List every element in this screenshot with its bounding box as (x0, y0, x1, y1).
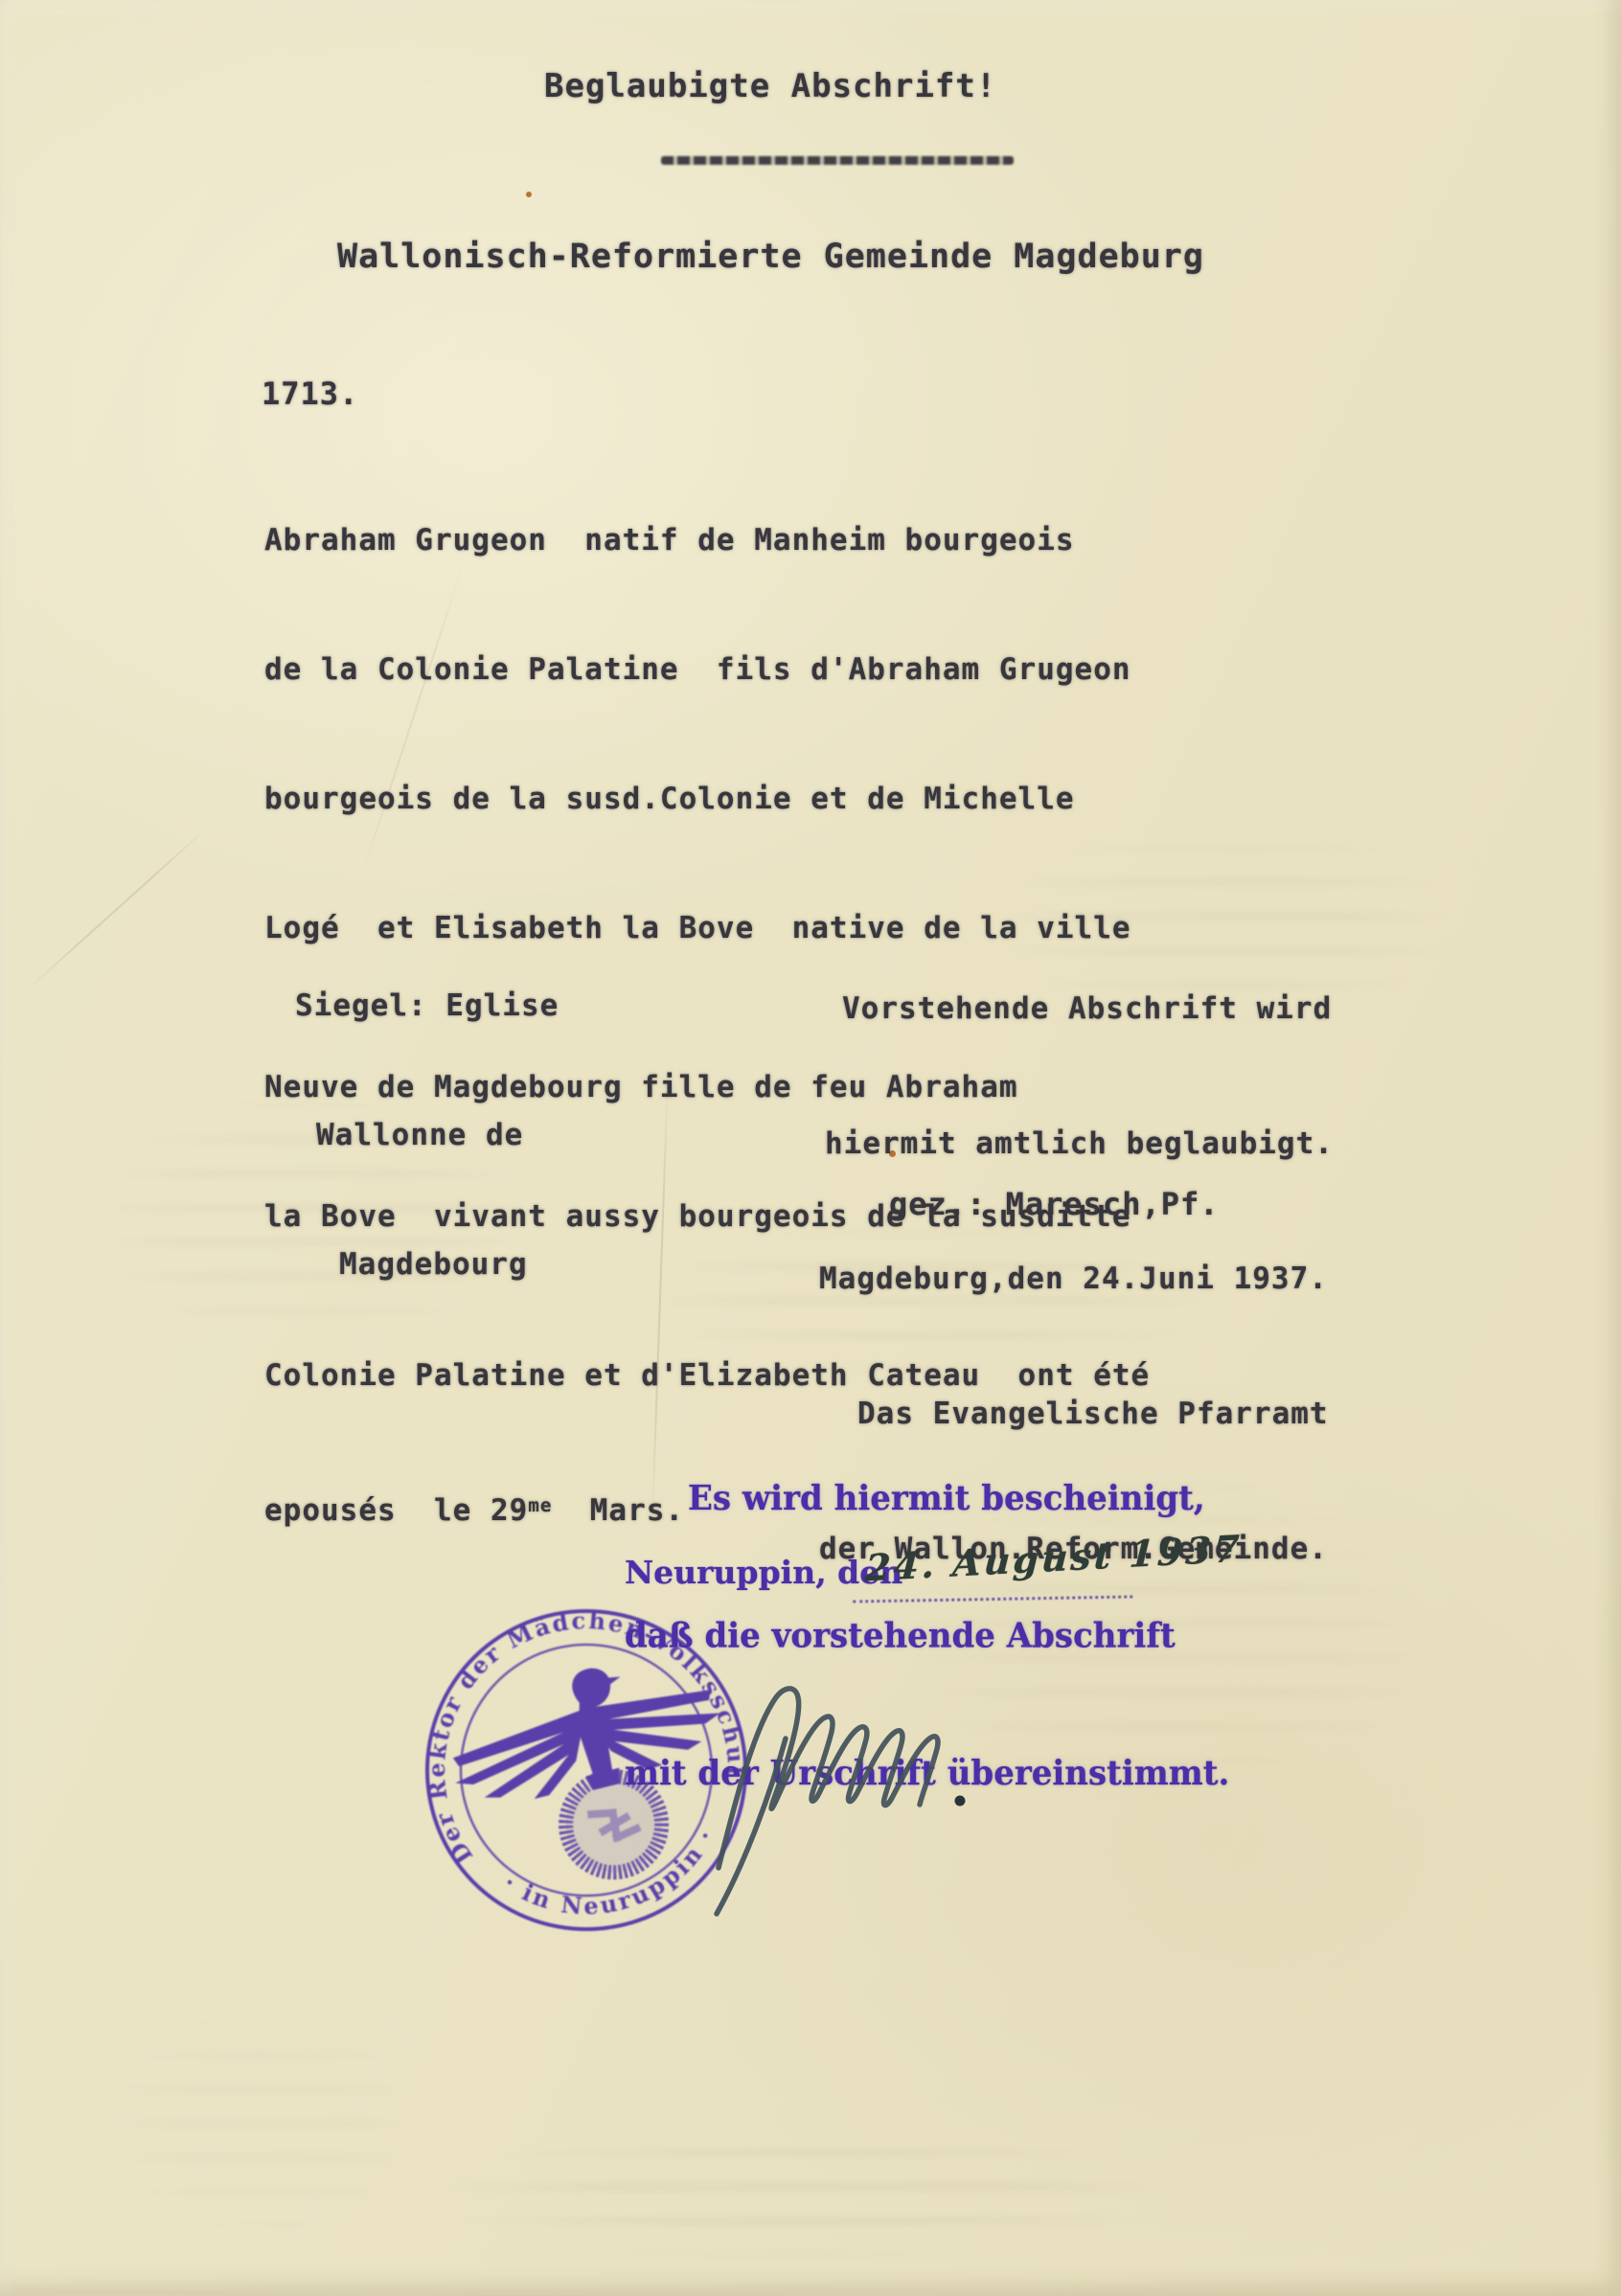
document-subtitle: Wallonisch-Reformierte Gemeinde Magdebur… (337, 238, 1204, 276)
signature-graphic (661, 1648, 1073, 1944)
seal-note-line: Siegel: Eglise (295, 985, 559, 1028)
record-line: de la Colonie Palatine fils d'Abraham Gr… (264, 648, 1150, 692)
ordinal-superscript: me (528, 1494, 552, 1516)
seal-note-line: Wallonne de (316, 1114, 559, 1157)
certification-line: Magdeburg,den 24.Juni 1937. (819, 1257, 1334, 1302)
title-underline-divider (661, 156, 1014, 165)
certification-line: hiermit amtlich beglaubigt. (825, 1122, 1334, 1167)
attestation-line: Es wird hiermit bescheinigt, (688, 1476, 1229, 1522)
document-title: Beglaubigte Abschrift! (544, 67, 996, 105)
record-number: 1713. (262, 375, 358, 412)
bleed-through-ghost (115, 2012, 402, 2232)
record-line-text: epousés le 29 (264, 1493, 528, 1528)
certification-line: Vorstehende Abschrift wird (842, 987, 1334, 1032)
seal-note-line: Magdebourg (339, 1243, 559, 1286)
scanned-document-page: Beglaubigte Abschrift! Wallonisch-Reform… (0, 0, 1621, 2296)
paper-crease (23, 826, 210, 993)
record-line: Abraham Grugeon natif de Manheim bourgeo… (264, 519, 1150, 562)
wreath-emblem (556, 1766, 672, 1882)
seal-note: Siegel: Eglise Wallonne de Magdebourg (295, 898, 559, 1373)
paper-stain (526, 192, 532, 197)
signature-period (955, 1796, 966, 1807)
handwritten-signature (661, 1648, 1073, 1944)
record-line: bourgeois de la susd.Colonie et de Miche… (264, 778, 1150, 821)
bleed-through-ghost (450, 2126, 1150, 2261)
signed-by-line: gez.: Maresch,Pf. (889, 1186, 1220, 1222)
